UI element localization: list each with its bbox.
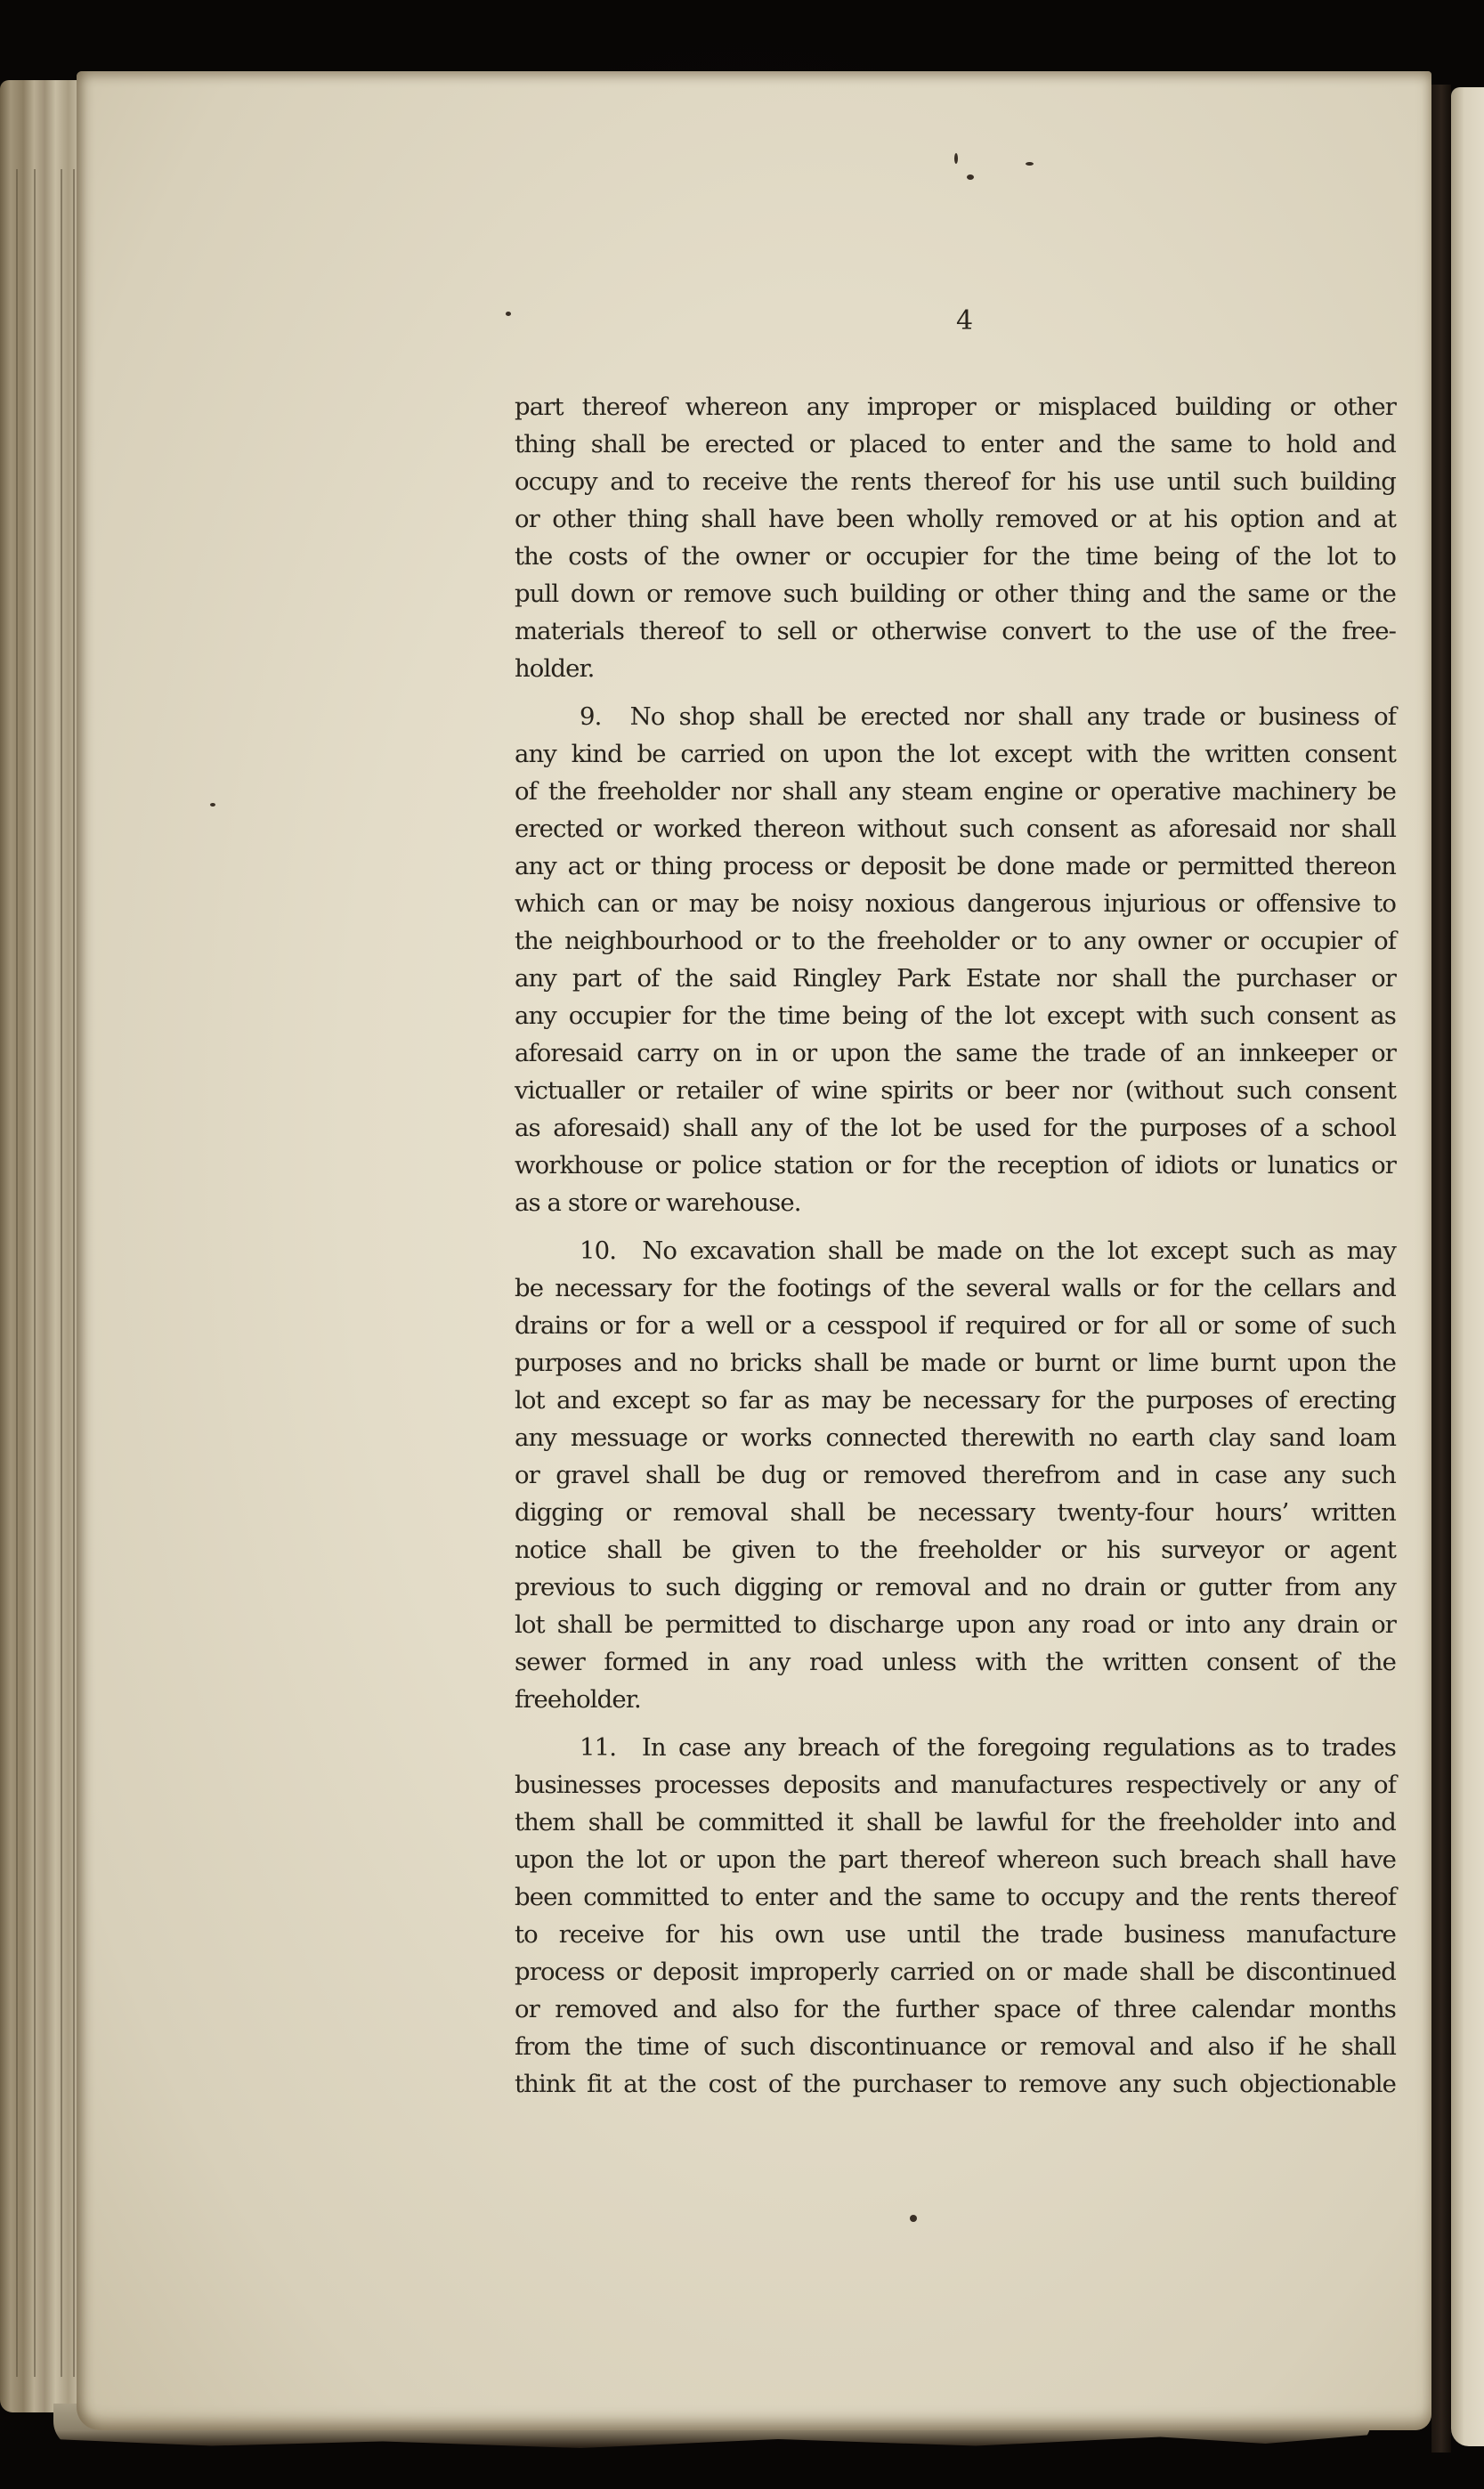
document-body: part thereof whereon any improper or mis… (515, 388, 1396, 2103)
text-line: from the time of such discontinuance or … (515, 2028, 1396, 2065)
text-line: aforesaid carry on in or upon the same t… (515, 1034, 1396, 1072)
text-line: victualler or retailer of wine spirits o… (515, 1072, 1396, 1109)
stack-page-line (34, 169, 36, 2377)
text-line: materials thereof to sell or otherwise c… (515, 612, 1396, 650)
page-mark (967, 174, 974, 180)
text-line: which can or may be noisy noxious danger… (515, 885, 1396, 922)
text-line: lot shall be permitted to discharge upon… (515, 1606, 1396, 1643)
stack-page-line (16, 169, 18, 2377)
text-line: any act or thing process or deposit be d… (515, 847, 1396, 885)
paragraph-continuation: part thereof whereon any improper or mis… (515, 388, 1396, 687)
text-line: drains or for a well or a cesspool if re… (515, 1307, 1396, 1344)
stack-page-line (61, 169, 62, 2377)
text-line: been committed to enter and the same to … (515, 1878, 1396, 1916)
text-line: upon the lot or upon the part thereof wh… (515, 1841, 1396, 1878)
text-line: process or deposit improperly carried on… (515, 1953, 1396, 1990)
clause-number: 10. (580, 1236, 616, 1265)
text-line: be necessary for the footings of the sev… (515, 1269, 1396, 1307)
text-line: as a store or warehouse. (515, 1184, 1396, 1221)
text-line: businesses processes deposits and manufa… (515, 1766, 1396, 1804)
text-line: purposes and no bricks shall be made or … (515, 1344, 1396, 1382)
text-line-first: 9. No shop shall be erected nor shall an… (515, 698, 1396, 735)
text-line: thing shall be erected or placed to ente… (515, 426, 1396, 463)
text-line: occupy and to receive the rents thereof … (515, 463, 1396, 500)
page-number: 4 (956, 305, 973, 336)
page-mark (1026, 162, 1034, 166)
text-line: part thereof whereon any improper or mis… (515, 388, 1396, 426)
text-line: think fit at the cost of the purchaser t… (515, 2065, 1396, 2103)
text-line: the costs of the owner or occupier for t… (515, 538, 1396, 575)
text-line: any messuage or works connected therewit… (515, 1419, 1396, 1456)
facing-page-edge (1451, 87, 1484, 2446)
text-line: to receive for his own use until the tra… (515, 1916, 1396, 1953)
text-line: the neighbourhood or to the freeholder o… (515, 922, 1396, 960)
text-line-first: 11. In case any breach of the foregoing … (515, 1729, 1396, 1766)
page-mark (210, 803, 215, 807)
clause-number: 11. (580, 1733, 616, 1762)
text-line: erected or worked thereon without such c… (515, 810, 1396, 847)
text-line: any occupier for the time being of the l… (515, 997, 1396, 1034)
text-line: previous to such digging or removal and … (515, 1569, 1396, 1606)
text-line: notice shall be given to the freeholder … (515, 1531, 1396, 1569)
clause-9: 9. No shop shall be erected nor shall an… (515, 698, 1396, 1221)
clause-text: No shop shall be erected nor shall any t… (630, 702, 1396, 731)
text-line: of the freeholder nor shall any steam en… (515, 773, 1396, 810)
text-line: sewer formed in any road unless with the… (515, 1643, 1396, 1681)
text-line: lot and except so far as may be necessar… (515, 1382, 1396, 1419)
text-line: pull down or remove such building or oth… (515, 575, 1396, 612)
page-mark (506, 312, 511, 316)
clause-10: 10. No excavation shall be made on the l… (515, 1232, 1396, 1718)
page-mark (910, 2215, 917, 2222)
text-line: freeholder. (515, 1681, 1396, 1718)
text-line: or gravel shall be dug or removed theref… (515, 1456, 1396, 1494)
text-line: them shall be committed it shall be lawf… (515, 1804, 1396, 1841)
text-line: any kind be carried on upon the lot exce… (515, 735, 1396, 773)
clause-text: No excavation shall be made on the lot e… (642, 1236, 1396, 1265)
text-line: or other thing shall have been wholly re… (515, 500, 1396, 538)
stack-page-line (73, 169, 75, 2377)
clause-number: 9. (580, 702, 601, 731)
clause-11: 11. In case any breach of the foregoing … (515, 1729, 1396, 2103)
text-line: as aforesaid) shall any of the lot be us… (515, 1109, 1396, 1147)
clause-text: In case any breach of the foregoing regu… (642, 1733, 1396, 1762)
text-line: digging or removal shall be necessary tw… (515, 1494, 1396, 1531)
text-line: or removed and also for the further spac… (515, 1990, 1396, 2028)
text-line: workhouse or police station or for the r… (515, 1147, 1396, 1184)
text-line: any part of the said Ringley Park Estate… (515, 960, 1396, 997)
book-gutter (1431, 85, 1451, 2453)
page-mark (954, 153, 958, 164)
text-line: holder. (515, 650, 1396, 687)
text-line-first: 10. No excavation shall be made on the l… (515, 1232, 1396, 1269)
